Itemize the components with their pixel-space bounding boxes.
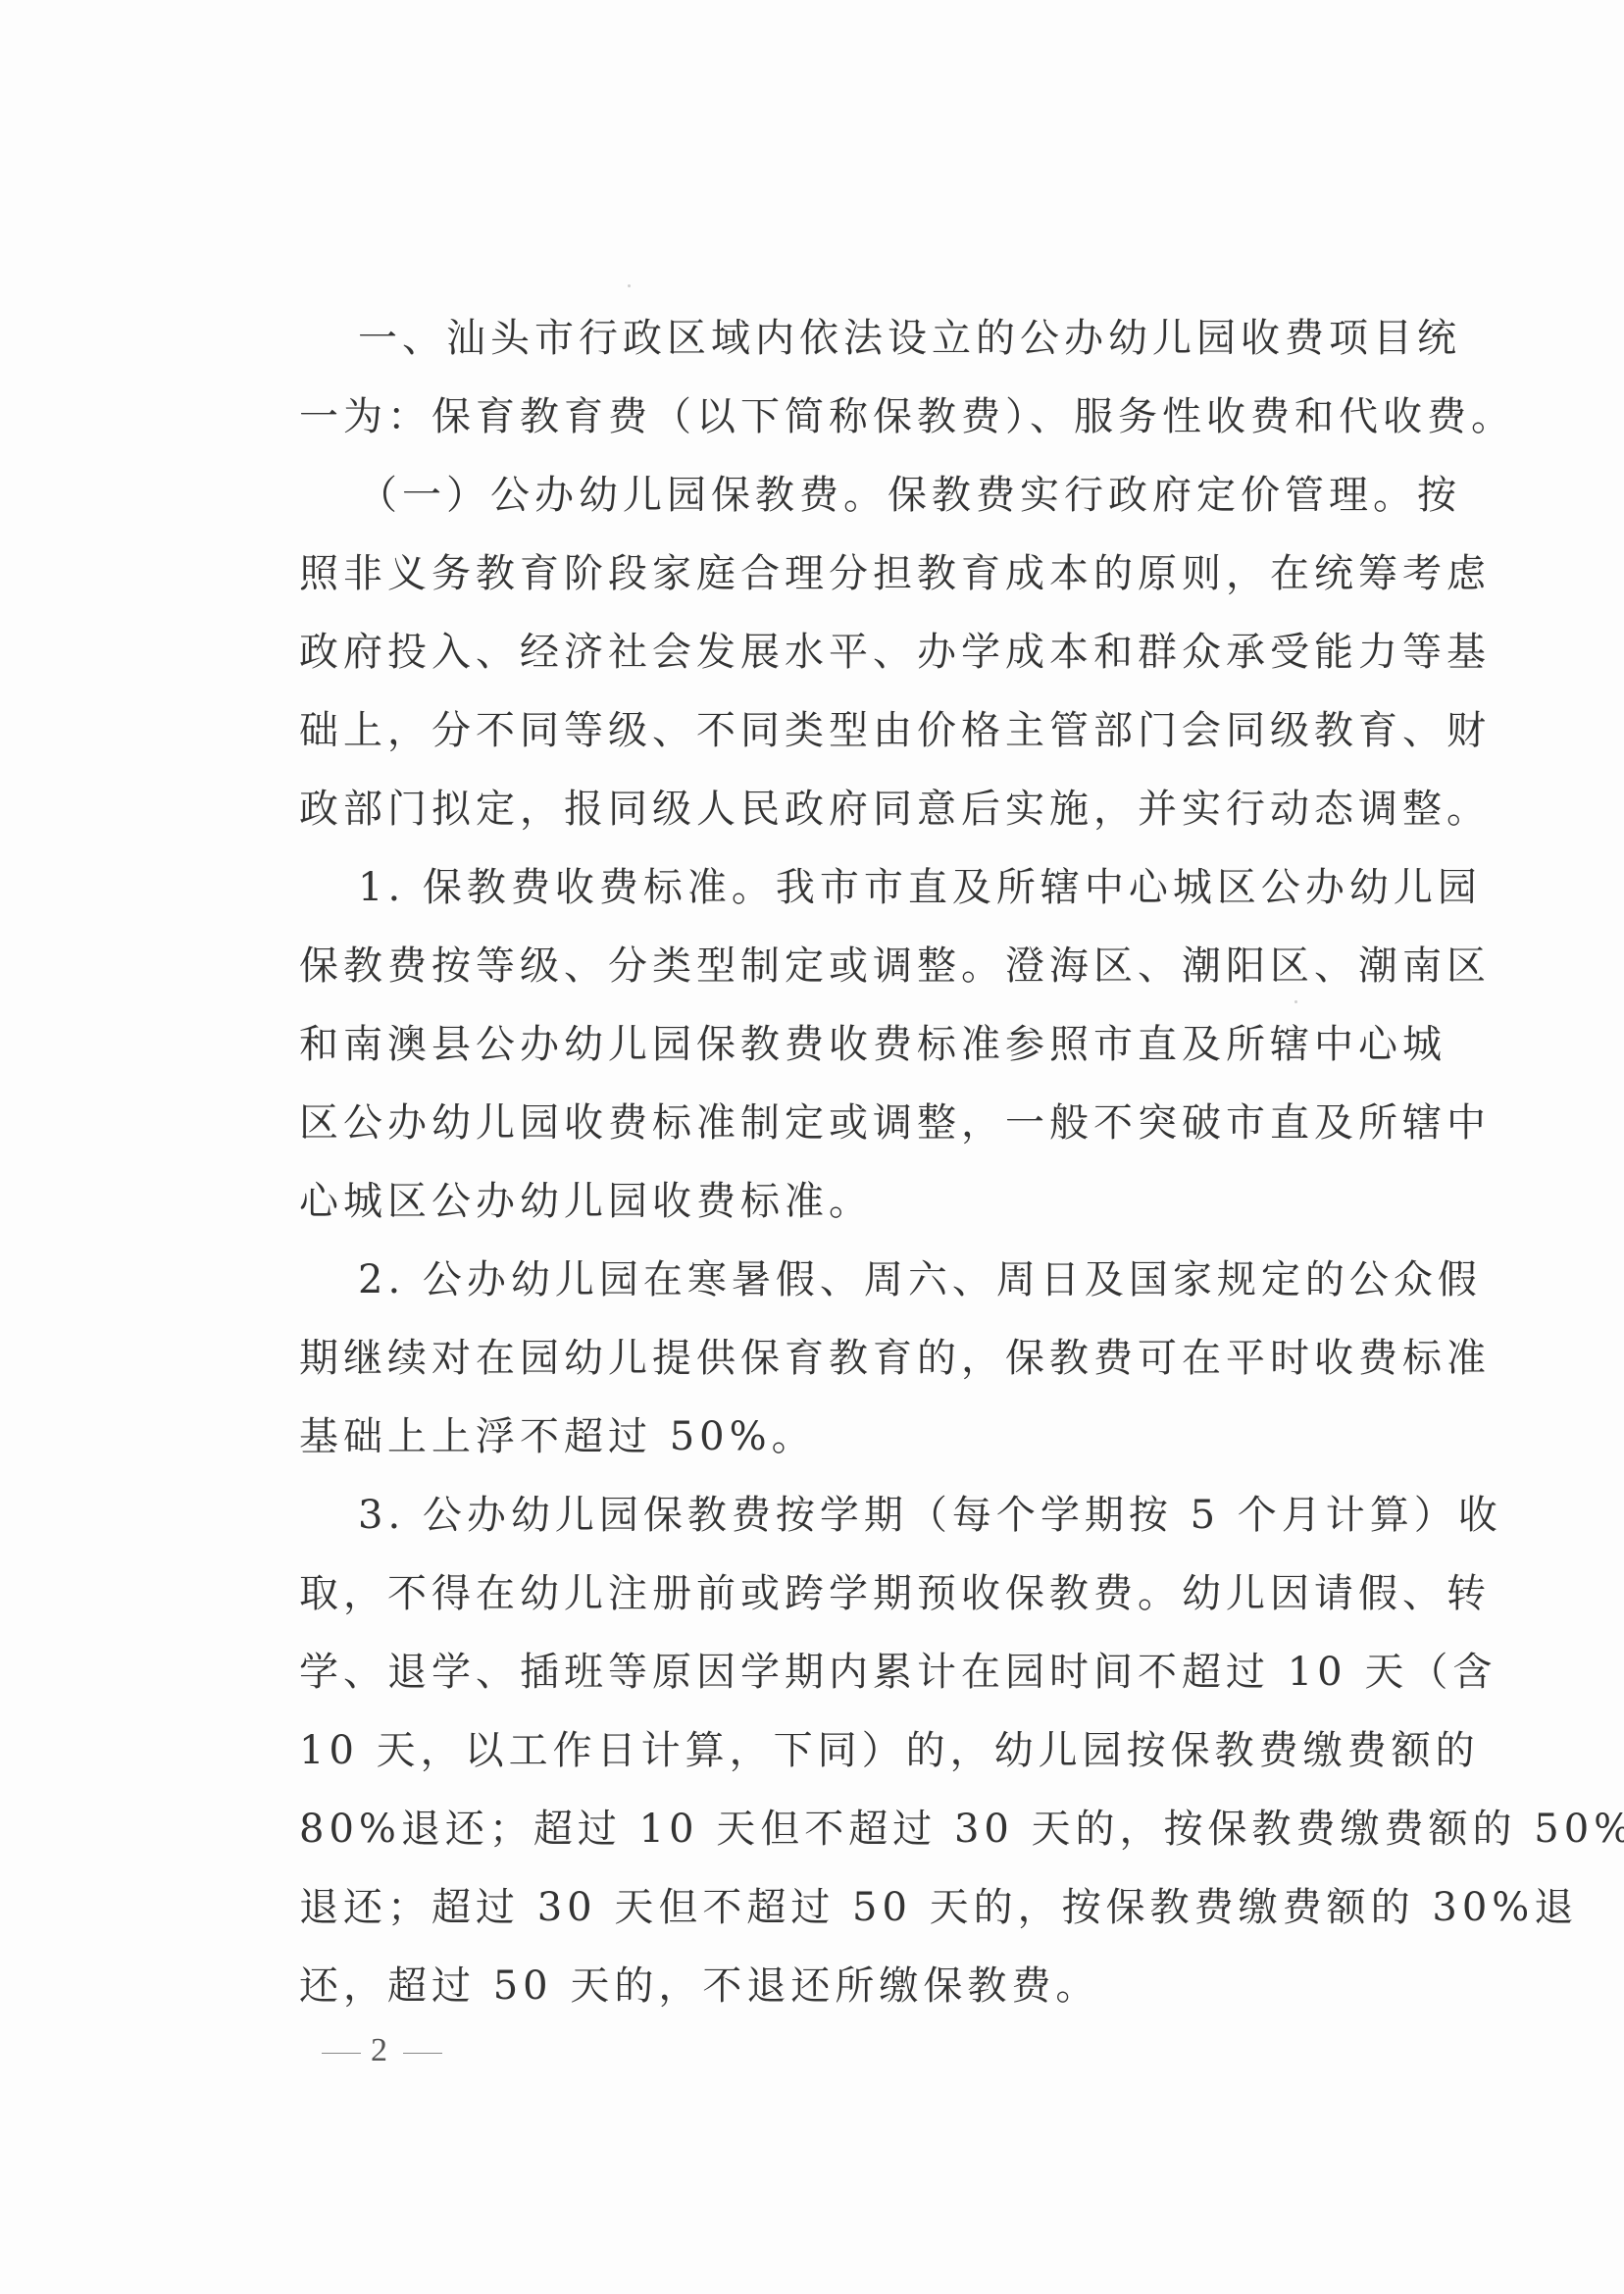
text-line: 一为：保育教育费（以下简称保教费）、服务性收费和代收费。: [299, 378, 1378, 456]
text-line: 3. 公办幼儿园保教费按学期（每个学期按 5 个月计算）收: [299, 1476, 1378, 1555]
scan-artifact: [1294, 1000, 1297, 1003]
text-line: 学、退学、插班等原因学期内累计在园时间不超过 10 天（含: [299, 1633, 1378, 1711]
dash-left: [322, 2053, 361, 2054]
text-line: 退还；超过 30 天但不超过 50 天的，按保教费缴费额的 30%退: [299, 1868, 1378, 1947]
text-line: 1. 保教费收费标准。我市市直及所辖中心城区公办幼儿园: [299, 848, 1378, 927]
text-line: 保教费按等级、分类型制定或调整。澄海区、潮阳区、潮南区: [299, 927, 1378, 1005]
document-body: 一、汕头市行政区域内依法设立的公办幼儿园收费项目统 一为：保育教育费（以下简称保…: [299, 299, 1378, 2025]
paragraph-section-1: 一、汕头市行政区域内依法设立的公办幼儿园收费项目统 一为：保育教育费（以下简称保…: [299, 299, 1378, 456]
paragraph-subsection-1: （一）公办幼儿园保教费。保教费实行政府定价管理。按 照非义务教育阶段家庭合理分担…: [299, 456, 1378, 848]
text-line: 还，超过 50 天的，不退还所缴保教费。: [299, 1947, 1378, 2025]
text-line: 一、汕头市行政区域内依法设立的公办幼儿园收费项目统: [299, 299, 1378, 378]
text-line: 政部门拟定，报同级人民政府同意后实施，并实行动态调整。: [299, 770, 1378, 848]
text-line: 80%退还；超过 10 天但不超过 30 天的，按保教费缴费额的 50%: [299, 1790, 1378, 1868]
text-line: 取，不得在幼儿注册前或跨学期预收保教费。幼儿因请假、转: [299, 1555, 1378, 1633]
paragraph-item-3: 3. 公办幼儿园保教费按学期（每个学期按 5 个月计算）收 取，不得在幼儿注册前…: [299, 1476, 1378, 2025]
text-line: 区公办幼儿园收费标准制定或调整，一般不突破市直及所辖中: [299, 1084, 1378, 1162]
paragraph-item-1: 1. 保教费收费标准。我市市直及所辖中心城区公办幼儿园 保教费按等级、分类型制定…: [299, 848, 1378, 1241]
page-number: 2: [371, 2032, 393, 2068]
text-line: 期继续对在园幼儿提供保育教育的，保教费可在平时收费标准: [299, 1319, 1378, 1398]
text-line: 2. 公办幼儿园在寒暑假、周六、周日及国家规定的公众假: [299, 1241, 1378, 1319]
document-page: 一、汕头市行政区域内依法设立的公办幼儿园收费项目统 一为：保育教育费（以下简称保…: [0, 0, 1624, 2294]
page-number-footer: 2: [312, 2032, 452, 2069]
text-line: 础上，分不同等级、不同类型由价格主管部门会同级教育、财: [299, 691, 1378, 770]
text-line: 基础上上浮不超过 50%。: [299, 1398, 1378, 1476]
text-line: 和南澳县公办幼儿园保教费收费标准参照市直及所辖中心城: [299, 1005, 1378, 1084]
text-line: 照非义务教育阶段家庭合理分担教育成本的原则，在统筹考虑: [299, 535, 1378, 613]
text-line: 心城区公办幼儿园收费标准。: [299, 1162, 1378, 1241]
text-line: （一）公办幼儿园保教费。保教费实行政府定价管理。按: [299, 456, 1378, 535]
paragraph-item-2: 2. 公办幼儿园在寒暑假、周六、周日及国家规定的公众假 期继续对在园幼儿提供保育…: [299, 1241, 1378, 1476]
text-line: 10 天，以工作日计算，下同）的，幼儿园按保教费缴费额的: [299, 1711, 1378, 1790]
text-line: 政府投入、经济社会发展水平、办学成本和群众承受能力等基: [299, 613, 1378, 691]
scan-artifact: [628, 284, 631, 287]
dash-right: [403, 2053, 442, 2054]
